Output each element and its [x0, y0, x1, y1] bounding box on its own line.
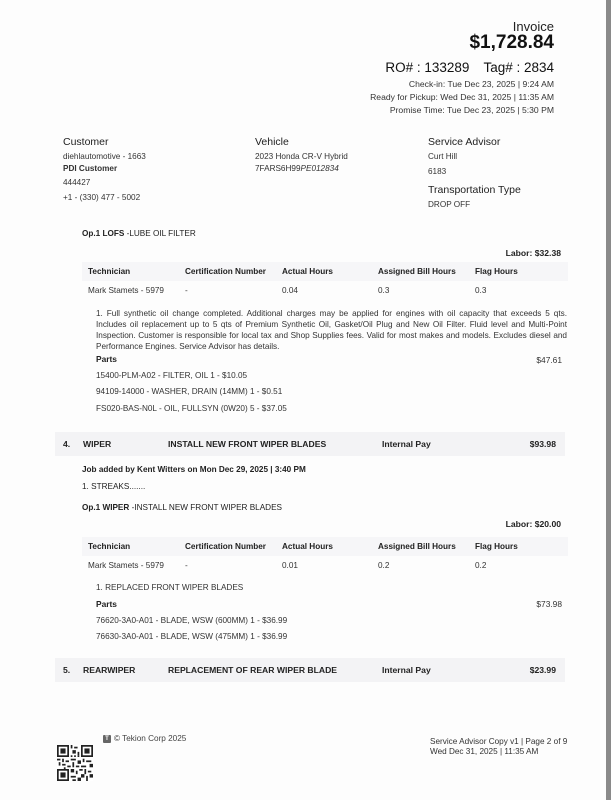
job-row-4: 4. WIPER INSTALL NEW FRONT WIPER BLADES … — [55, 432, 565, 456]
customer-account: diehlautomotive - 1663 — [63, 151, 146, 163]
service-advisor-title: Service Advisor — [428, 136, 500, 148]
op-desc: -INSTALL NEW FRONT WIPER BLADES — [132, 503, 282, 512]
table-row: Mark Stamets - 5979 - 0.01 0.2 0.2 — [82, 556, 568, 574]
customer-phone: +1 - (330) 477 - 5002 — [63, 192, 146, 204]
footer-copy-info: Service Advisor Copy v1 | Page 2 of 9 — [430, 737, 567, 747]
parts-total: $73.98 — [536, 599, 562, 609]
cell-certification: - — [185, 286, 282, 295]
col-assigned-bill-hours: Assigned Bill Hours — [378, 267, 475, 276]
part-item: 15400-PLM-A02 - FILTER, OIL 1 - $10.05 — [96, 371, 247, 380]
op-code: Op.1 WIPER — [82, 503, 129, 512]
footer-page-info: Service Advisor Copy v1 | Page 2 of 9 We… — [430, 737, 567, 757]
invoice-page: Invoice $1,728.84 RO# : 133289Tag# : 283… — [0, 0, 606, 800]
ro-tag-line: RO# : 133289Tag# : 2834 — [385, 60, 554, 75]
cell-flag-hours: 0.2 — [475, 561, 565, 570]
qr-code — [57, 745, 93, 781]
customer-id: 444427 — [63, 177, 146, 189]
page-edge — [606, 0, 611, 800]
table-row: Mark Stamets - 5979 - 0.04 0.3 0.3 — [82, 281, 568, 299]
vehicle-vin: 7FARS6H99PE012834 — [255, 163, 348, 175]
technician-table: Technician Certification Number Actual H… — [82, 262, 568, 299]
job-number: 4. — [63, 439, 70, 449]
service-advisor-block: Service Advisor Curt Hill 6183 — [428, 136, 500, 177]
service-advisor-name: Curt Hill — [428, 151, 500, 163]
technician-table: Technician Certification Number Actual H… — [82, 537, 568, 574]
job-pay-type: Internal Pay — [382, 665, 431, 675]
footer-printed-time: Wed Dec 31, 2025 | 11:35 AM — [430, 747, 567, 757]
ready-for-pickup-time: Ready for Pickup: Wed Dec 31, 2025 | 11:… — [370, 92, 554, 102]
table-header: Technician Certification Number Actual H… — [82, 537, 568, 556]
col-flag-hours: Flag Hours — [475, 267, 565, 276]
cell-flag-hours: 0.3 — [475, 286, 565, 295]
vehicle-title: Vehicle — [255, 136, 348, 148]
customer-title: Customer — [63, 136, 146, 148]
part-item: FS020-BAS-N0L - OIL, FULLSYN (0W20) 5 - … — [96, 404, 287, 413]
cell-actual-hours: 0.04 — [282, 286, 378, 295]
invoice-total: $1,728.84 — [469, 32, 554, 54]
col-certification: Certification Number — [185, 267, 282, 276]
op-desc: -LUBE OIL FILTER — [127, 229, 196, 238]
operation-note: 1. Full synthetic oil change completed. … — [96, 308, 567, 352]
job-row-5: 5. REARWIPER REPLACEMENT OF REAR WIPER B… — [55, 658, 565, 682]
job-amount: $23.99 — [530, 665, 556, 675]
job-code: WIPER — [83, 439, 111, 449]
cell-certification: - — [185, 561, 282, 570]
promise-time: Promise Time: Tue Dec 23, 2025 | 5:30 PM — [390, 105, 554, 115]
part-item: 94109-14000 - WASHER, DRAIN (14MM) 1 - $… — [96, 387, 282, 396]
cell-technician: Mark Stamets - 5979 — [82, 561, 185, 570]
parts-title: Parts — [96, 599, 117, 609]
vin-suffix: PE012834 — [301, 164, 339, 173]
tag-number: Tag# : 2834 — [483, 60, 554, 75]
job-concern: 1. STREAKS....... — [82, 482, 145, 491]
vin-prefix: 7FARS6H99 — [255, 164, 301, 173]
job-description: REPLACEMENT OF REAR WIPER BLADE — [168, 665, 337, 675]
operation-title: Op.1 LOFS -LUBE OIL FILTER — [82, 229, 196, 238]
service-advisor-id: 6183 — [428, 166, 500, 178]
transportation-value: DROP OFF — [428, 199, 521, 211]
footer-copyright: © Tekion Corp 2025 — [114, 734, 186, 743]
parts-total: $47.61 — [536, 355, 562, 365]
col-flag-hours: Flag Hours — [475, 542, 565, 551]
part-item: 76630-3A0-A01 - BLADE, WSW (475MM) 1 - $… — [96, 632, 287, 641]
job-description: INSTALL NEW FRONT WIPER BLADES — [168, 439, 326, 449]
col-assigned-bill-hours: Assigned Bill Hours — [378, 542, 475, 551]
tekion-logo-icon: T — [103, 735, 111, 743]
labor-amount: Labor: $32.38 — [506, 248, 561, 258]
cell-actual-hours: 0.01 — [282, 561, 378, 570]
cell-technician: Mark Stamets - 5979 — [82, 286, 185, 295]
op-code: Op.1 LOFS — [82, 229, 124, 238]
labor-amount: Labor: $20.00 — [506, 519, 561, 529]
ro-number: RO# : 133289 — [385, 60, 469, 75]
cell-assigned-bill-hours: 0.2 — [378, 561, 475, 570]
col-actual-hours: Actual Hours — [282, 267, 378, 276]
vehicle-block: Vehicle 2023 Honda CR-V Hybrid 7FARS6H99… — [255, 136, 348, 174]
job-amount: $93.98 — [530, 439, 556, 449]
part-item: 76620-3A0-A01 - BLADE, WSW (600MM) 1 - $… — [96, 616, 287, 625]
col-technician: Technician — [82, 267, 185, 276]
job-code: REARWIPER — [83, 665, 135, 675]
col-certification: Certification Number — [185, 542, 282, 551]
parts-title: Parts — [96, 354, 117, 364]
cell-assigned-bill-hours: 0.3 — [378, 286, 475, 295]
transportation-title: Transportation Type — [428, 184, 521, 196]
job-pay-type: Internal Pay — [382, 439, 431, 449]
col-technician: Technician — [82, 542, 185, 551]
operation-title: Op.1 WIPER -INSTALL NEW FRONT WIPER BLAD… — [82, 503, 282, 512]
col-actual-hours: Actual Hours — [282, 542, 378, 551]
customer-block: Customer diehlautomotive - 1663 PDI Cust… — [63, 136, 146, 203]
job-added-by: Job added by Kent Witters on Mon Dec 29,… — [82, 465, 306, 474]
customer-name: PDI Customer — [63, 163, 146, 175]
table-header: Technician Certification Number Actual H… — [82, 262, 568, 281]
operation-note: 1. REPLACED FRONT WIPER BLADES — [96, 582, 243, 593]
transportation-block: Transportation Type DROP OFF — [428, 184, 521, 211]
check-in-time: Check-in: Tue Dec 23, 2025 | 9:24 AM — [409, 79, 554, 89]
job-number: 5. — [63, 665, 70, 675]
vehicle-model: 2023 Honda CR-V Hybrid — [255, 151, 348, 163]
